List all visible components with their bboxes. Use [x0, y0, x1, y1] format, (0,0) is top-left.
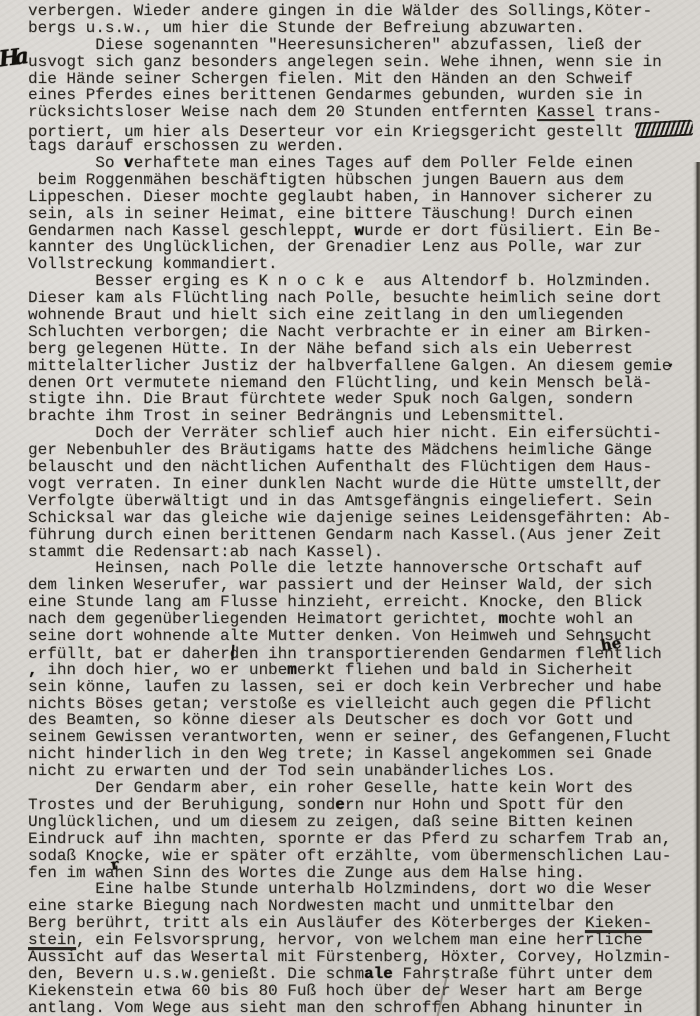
text-line: Eine halbe Stunde unterhalb Holzmindens,…	[28, 881, 700, 898]
text-line: So verhaftete man eines Tages auf dem Po…	[28, 155, 700, 172]
text-line: portiert, um hier als Deserteur vor ein …	[28, 121, 700, 138]
text-line: wohnende Braut und hielt sich eine zeitl…	[28, 307, 700, 324]
text-line: tags darauf erschossen zu werden.	[28, 138, 700, 155]
text-line: antlang. Vom Wege aus sieht man den schr…	[28, 1000, 700, 1016]
text-run: beim Roggenmähen beschäftigten hübschen …	[28, 171, 623, 189]
text-run: den, Bevern u.s.w.genießt. Die schm	[28, 965, 364, 983]
text-run: tags darauf erschossen zu werden.	[28, 137, 345, 155]
handwritten-overstrike: ale	[364, 965, 393, 983]
text-run: nichts Böses getan; verstoße es vielleic…	[28, 695, 652, 713]
text-line: denen Ort vermutete niemand den Flüchtli…	[28, 375, 700, 392]
text-line: beim Roggenmähen beschäftigten hübschen …	[28, 172, 700, 189]
text-run: nach dem gegenüberliegenden Heimatort ge…	[28, 610, 498, 628]
text-run: rn nur Hohn und Spott für den	[345, 796, 623, 814]
text-run: seinem Gewissen verantworten, wenn er se…	[28, 728, 671, 746]
text-run: Unglücklichen, und um diesem zu zeigen, …	[28, 813, 633, 831]
text-line: sodaß Knocke, wie er später oft erzählte…	[28, 848, 700, 865]
text-line: kannter des Unglücklichen, der Grenadier…	[28, 239, 700, 256]
text-line: sein, als in seiner Heimat, eine bittere…	[28, 206, 700, 223]
text-line: stammt die Redensart:ab nach Kassel).	[28, 544, 700, 561]
text-run: die Hände seiner Schergen fielen. Mit de…	[28, 70, 633, 88]
text-run: führung durch einen berittenen Gendarm n…	[28, 526, 662, 544]
text-run: Lippeschen. Dieser mochte geglaubt haben…	[28, 188, 652, 206]
text-run: eine Stunde lang am Flusse hinzieht, err…	[28, 593, 643, 611]
text-line: Besser erging es K n o c k e aus Altendo…	[28, 273, 700, 290]
text-run: Eine halbe Stunde unterhalb Holzmindens,…	[28, 880, 652, 898]
text-run: Heinsen, nach Polle die letzte hannovers…	[28, 559, 643, 577]
text-line: Vollstreckung kommandiert.	[28, 256, 700, 273]
text-run: Berg berührt, tritt als ein Ausläufer de…	[28, 914, 585, 932]
text-line: die Hände seiner Schergen fielen. Mit de…	[28, 71, 700, 88]
text-run: nicht zu erwarten und der Tod sein unabä…	[28, 762, 556, 780]
text-run: stigte ihn. Die Braut fürchtete weder Sp…	[28, 390, 633, 408]
text-line: führung durch einen berittenen Gendarm n…	[28, 527, 700, 544]
text-run: Besser erging es K n o c k e aus Altendo…	[28, 272, 652, 290]
text-line: ger Nebenbuhler des Bräutigams hatte des…	[28, 442, 700, 459]
text-run: erkt fliehen und bald in Sicherheit	[297, 661, 633, 679]
text-run: Eindruck auf ihn machten, spornte er das…	[28, 830, 671, 848]
text-run: bergs u.s.w., um hier die Stunde der Bef…	[28, 19, 585, 37]
text-run: ger Nebenbuhler des Bräutigams hatte des…	[28, 441, 652, 459]
text-run: Trostes und der Beruhigung, sond	[28, 796, 335, 814]
text-run: ihn doch hier, wo er unbe	[38, 661, 288, 679]
text-run: verbergen. Wieder andere gingen in die W…	[28, 2, 652, 20]
text-line: eines Pferdes eines berittenen Gendarmes…	[28, 87, 700, 104]
page-edge-shadow	[693, 162, 700, 1016]
scribbled-out-word	[635, 120, 694, 139]
text-run: Schluchten verborgen; die Nacht verbrach…	[28, 323, 652, 341]
text-run: mittelalterlicher Justiz der halbverfall…	[28, 357, 671, 375]
handwritten-overstrike: ,	[28, 661, 38, 679]
text-run: vogt verraten. In einer dunklen Nacht wu…	[28, 475, 662, 493]
text-line: eine Stunde lang am Flusse hinzieht, err…	[28, 594, 700, 611]
text-run: dem linken Weserufer, war passiert und d…	[28, 576, 652, 594]
text-run: brachte ihm Trost in seiner Bedrängnis u…	[28, 407, 566, 425]
handwritten-overstrike: m	[498, 610, 508, 628]
text-line: den, Bevern u.s.w.genießt. Die schmale F…	[28, 966, 700, 983]
text-line: seinem Gewissen verantworten, wenn er se…	[28, 729, 700, 746]
text-run: sein, als in seiner Heimat, eine bittere…	[28, 205, 633, 223]
text-line: verbergen. Wieder andere gingen in die W…	[28, 3, 700, 20]
text-line: Schicksal war das gleiche wie dajenige s…	[28, 510, 700, 527]
text-run: antlang. Vom Wege aus sieht man den schr…	[28, 999, 643, 1016]
text-run: nicht hinderlich in den Weg trete; in Ka…	[28, 745, 652, 763]
text-line: belauscht und den nächtlichen Aufenthalt…	[28, 459, 700, 476]
text-run: Dieser kam als Flüchtling nach Polle, be…	[28, 289, 662, 307]
text-line: Kiekenstein etwa 60 bis 80 Fuß hoch über…	[28, 983, 700, 1000]
text-line: vogt verraten. In einer dunklen Nacht wu…	[28, 476, 700, 493]
text-run: Diese sogenannten "Heeresunsicheren" abz…	[28, 36, 643, 54]
text-line: erfüllt, bat er daher|den ihn transporti…	[28, 645, 700, 662]
text-line: Diese sogenannten "Heeresunsicheren" abz…	[28, 37, 700, 54]
text-line: Dieser kam als Flüchtling nach Polle, be…	[28, 290, 700, 307]
text-line: stein, ein Felsvorsprung, hervor, von we…	[28, 932, 700, 949]
text-run: Aussicht auf das Wesertal mit Fürstenber…	[28, 948, 671, 966]
text-run: Der Gendarm aber, ein roher Geselle, hat…	[28, 779, 633, 797]
text-line: brachte ihm Trost in seiner Bedrängnis u…	[28, 408, 700, 425]
text-run: So	[28, 154, 124, 172]
text-line: Eindruck auf ihn machten, spornte er das…	[28, 831, 700, 848]
text-line: Aussicht auf das Wesertal mit Fürstenber…	[28, 949, 700, 966]
text-run: sein könne, laufen zu lassen, sei er doc…	[28, 678, 662, 696]
text-run: Doch der Verräter schlief auch hier nich…	[28, 424, 662, 442]
text-line: Doch der Verräter schlief auch hier nich…	[28, 425, 700, 442]
text-run: eine starke Biegung nach Nordwesten mach…	[28, 897, 614, 915]
text-run: Fahrstraße führt unter dem	[393, 965, 652, 983]
text-line: dem linken Weserufer, war passiert und d…	[28, 577, 700, 594]
text-line: rücksichtsloser Weise nach dem 20 Stunde…	[28, 104, 700, 121]
text-run: , ein Felsvorsprung, hervor, von welchem…	[76, 931, 643, 949]
text-run: rücksichtsloser Weise nach dem 20 Stunde…	[28, 103, 537, 121]
text-run: stammt die Redensart:ab nach Kassel).	[28, 543, 383, 561]
text-run: Verfolgte überwältigt und in das Amtsgef…	[28, 492, 652, 510]
text-line: Verfolgte überwältigt und in das Amtsgef…	[28, 493, 700, 510]
handwritten-overstrike: w	[354, 222, 364, 240]
text-run: ochte wohl an	[508, 610, 633, 628]
text-run: erhaftete man eines Tages auf dem Poller…	[134, 154, 633, 172]
text-line: bergs u.s.w., um hier die Stunde der Bef…	[28, 20, 700, 37]
text-line: Hausvogt sich ganz besonders angelegen s…	[28, 54, 700, 71]
text-run: seine dort wohnende alte Mutter denken. …	[28, 627, 652, 645]
text-run: sodaß Knocke, wie er später oft erzählte…	[28, 847, 671, 865]
text-run: Gendarmen nach Kassel geschleppt,	[28, 222, 354, 240]
text-line: stigte ihn. Die Braut fürchtete weder Sp…	[28, 391, 700, 408]
text-line: Unglücklichen, und um diesem zu zeigen, …	[28, 814, 700, 831]
text-run: belauscht und den nächtlichen Aufenthalt…	[28, 458, 652, 476]
handwritten-margin-correction: Ha	[0, 48, 25, 68]
text-run: eines Pferdes eines berittenen Gendarmes…	[28, 86, 643, 104]
text-run: Vollstreckung kommandiert.	[28, 255, 278, 273]
text-run: wohnende Braut und hielt sich eine zeitl…	[28, 306, 623, 324]
text-line: mittelalterlicher Justiz der halbverfall…	[28, 358, 700, 375]
text-run: trans-	[595, 103, 662, 121]
text-run: denen Ort vermutete niemand den Flüchtli…	[28, 374, 652, 392]
text-run: Kiekenstein etwa 60 bis 80 Fuß hoch über…	[28, 982, 643, 1000]
text-run: urde er dort füsiliert. Ein Be-	[364, 222, 662, 240]
text-line: nichts Böses getan; verstoße es vielleic…	[28, 696, 700, 713]
text-line: eine starke Biegung nach Nordwesten mach…	[28, 898, 700, 915]
text-line: berg gelegenen Hütte. In der Nähe befand…	[28, 341, 700, 358]
underlined-text: Kassel	[537, 103, 595, 121]
text-run: Schicksal war das gleiche wie dajenige s…	[28, 509, 671, 527]
text-line: Gendarmen nach Kassel geschleppt, wurde …	[28, 223, 700, 240]
text-line: fen im warhen Sinn des Wortes die Zunge …	[28, 864, 700, 881]
text-line: des Beamten, so könne dieser als Deutsch…	[28, 712, 700, 729]
typewritten-page: verbergen. Wieder andere gingen in die W…	[0, 0, 700, 1016]
text-line: , ihn doch hier, wo er unbemerkt fliehen…	[28, 662, 700, 679]
text-run: kannter des Unglücklichen, der Grenadier…	[28, 238, 643, 256]
text-line: nach dem gegenüberliegenden Heimatort ge…	[28, 611, 700, 628]
text-line: Lippeschen. Dieser mochte geglaubt haben…	[28, 189, 700, 206]
text-line: nicht zu erwarten und der Tod sein unabä…	[28, 763, 700, 780]
text-run: usvogt sich ganz besonders angelegen sei…	[28, 53, 662, 71]
text-line: sein könne, laufen zu lassen, sei er doc…	[28, 679, 700, 696]
underlined-text: stein	[28, 931, 76, 949]
handwritten-overstrike: e	[335, 796, 345, 814]
text-line: Schluchten verborgen; die Nacht verbrach…	[28, 324, 700, 341]
text-line: nicht hinderlich in den Weg trete; in Ka…	[28, 746, 700, 763]
text-run: berg gelegenen Hütte. In der Nähe befand…	[28, 340, 633, 358]
handwritten-overstrike: v	[124, 154, 134, 172]
text-line: Trostes und der Beruhigung, sondern nur …	[28, 797, 700, 814]
text-line: Heinsen, nach Polle die letzte hannovers…	[28, 560, 700, 577]
text-run: des Beamten, so könne dieser als Deutsch…	[28, 711, 633, 729]
handwritten-overstrike: m	[287, 661, 297, 679]
text-line: Berg berührt, tritt als ein Ausläufer de…	[28, 915, 700, 932]
underlined-text: Kieken-	[585, 914, 652, 932]
text-line: Der Gendarm aber, ein roher Geselle, hat…	[28, 780, 700, 797]
